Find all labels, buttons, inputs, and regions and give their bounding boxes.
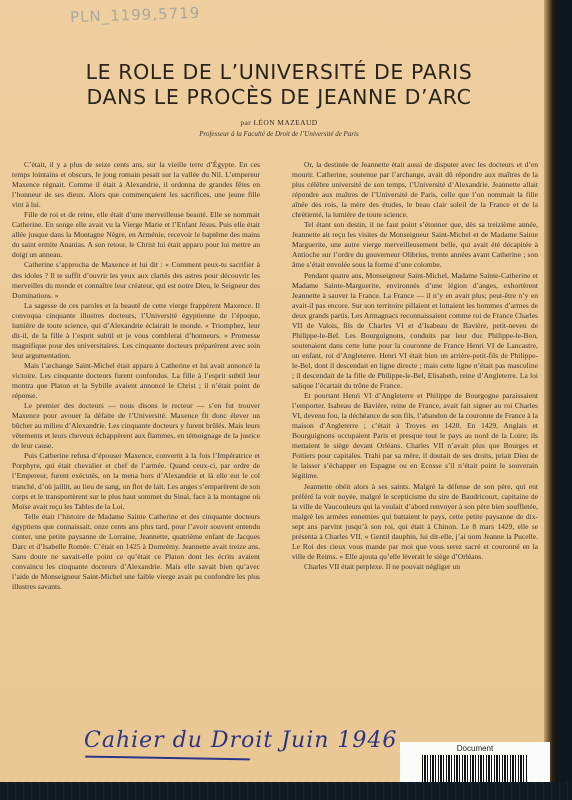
scanner-background xyxy=(0,782,572,800)
catalog-pencil-note: PLN_1199,5719 xyxy=(70,4,201,27)
paragraph: Fille de roi et de reine, elle était d’u… xyxy=(12,210,260,260)
barcode-title: Document xyxy=(400,744,550,753)
page-edge-shadow xyxy=(544,0,558,782)
paragraph: Mais l’archange Saint-Michel était appar… xyxy=(12,361,260,401)
paragraph: La sagesse de ces paroles et la beauté d… xyxy=(12,301,260,361)
paragraph: Le premier des docteurs — nous disons le… xyxy=(12,401,260,451)
paragraph: Jeannette obéit alors à ses saints. Malg… xyxy=(292,482,538,562)
author-affiliation: Professeur à la Faculté de Droit de l’Un… xyxy=(0,130,558,138)
right-column: Or, la destinée de Jeannette était aussi… xyxy=(292,160,538,572)
handwritten-underline xyxy=(85,756,250,761)
title-line-1: LE ROLE DE L’UNIVERSITÉ DE PARIS xyxy=(0,60,558,85)
title-line-2: DANS LE PROCÈS DE JEANNE D’ARC xyxy=(0,85,558,110)
scanned-page: PLN_1199,5719 LE ROLE DE L’UNIVERSITÉ DE… xyxy=(0,0,558,782)
paragraph: Tel étant son destin, il ne faut point s… xyxy=(292,220,538,270)
paragraph: Charles VII était perplexe. Il ne pouvai… xyxy=(292,562,538,572)
paragraph: Et pourtant Henri VI d’Angleterre et Phi… xyxy=(292,391,538,481)
paragraph: C’était, il y a plus de seize cents ans,… xyxy=(12,160,260,210)
paragraph: Catherine s’approcha de Maxence et lui d… xyxy=(12,260,260,300)
author-byline: par LÉON MAZEAUD xyxy=(0,118,558,127)
article-title: LE ROLE DE L’UNIVERSITÉ DE PARIS DANS LE… xyxy=(0,60,558,110)
paragraph: Pendant quatre ans, Monseigneur Saint-Mi… xyxy=(292,271,538,392)
barcode-icon xyxy=(422,755,528,783)
paragraph: Puis Catherine refusa d’épouser Maxence,… xyxy=(12,451,260,511)
handwritten-annotation: Cahier du Droit Juin 1946 xyxy=(84,728,397,753)
paragraph: Telle était l’histoire de Madame Sainte … xyxy=(12,512,260,592)
paragraph: Or, la destinée de Jeannette était aussi… xyxy=(292,160,538,220)
left-column: C’était, il y a plus de seize cents ans,… xyxy=(12,160,260,592)
